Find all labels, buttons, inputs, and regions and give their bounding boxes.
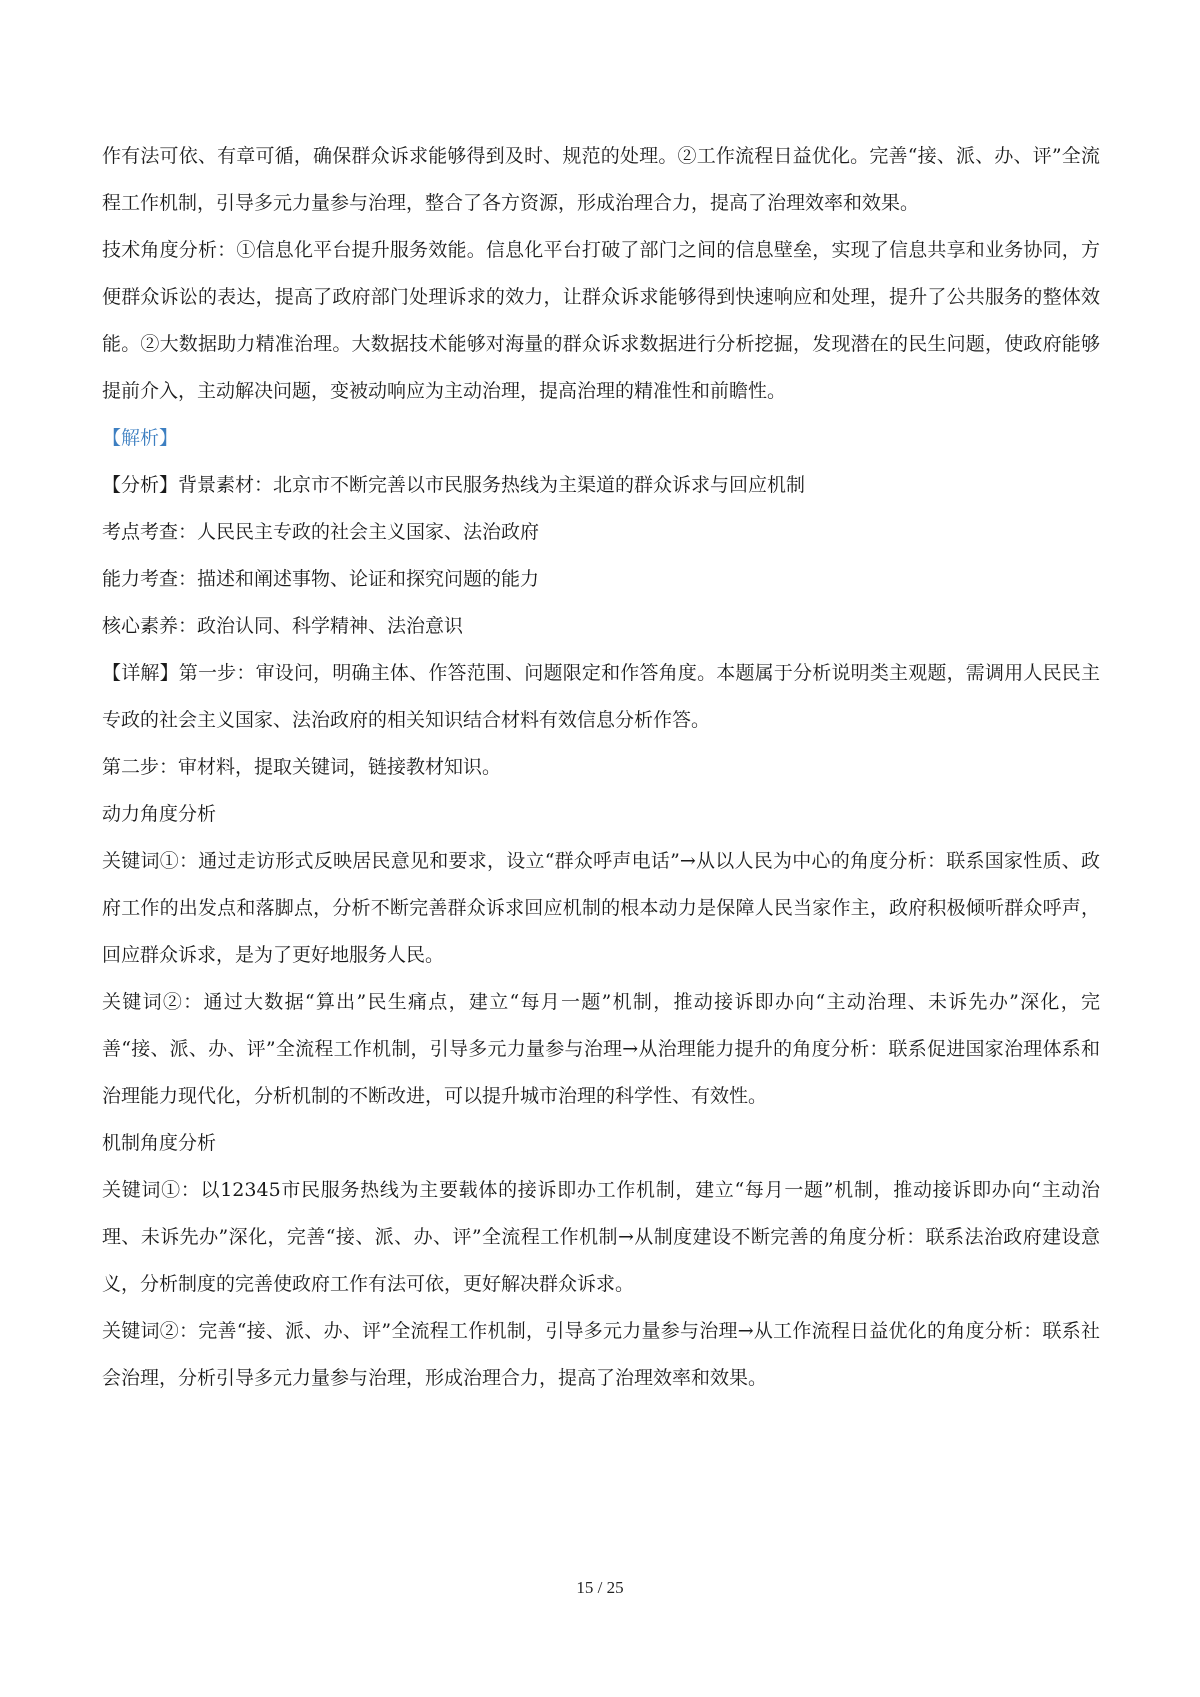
page-number: 15 / 25	[0, 1578, 1200, 1598]
paragraph-mechanism-cont: 作有法可依、有章可循，确保群众诉求能够得到及时、规范的处理。②工作流程日益优化。…	[102, 133, 1100, 227]
heading-mechanism: 机制角度分析	[102, 1120, 1100, 1167]
heading-motivation: 动力角度分析	[102, 791, 1100, 838]
document-body: 作有法可依、有章可循，确保群众诉求能够得到及时、规范的处理。②工作流程日益优化。…	[102, 133, 1100, 1402]
section-label-analysis: 【解析】	[102, 415, 1100, 462]
keyword-mechanism-1: 关键词①：以12345市民服务热线为主要载体的接诉即办工作机制，建立“每月一题”…	[102, 1167, 1100, 1308]
analysis-ability: 能力考查：描述和阐述事物、论证和探究问题的能力	[102, 556, 1100, 603]
analysis-background: 【分析】背景素材：北京市不断完善以市民服务热线为主渠道的群众诉求与回应机制	[102, 462, 1100, 509]
analysis-core-literacy: 核心素养：政治认同、科学精神、法治意识	[102, 603, 1100, 650]
paragraph-technology: 技术角度分析：①信息化平台提升服务效能。信息化平台打破了部门之间的信息壁垒，实现…	[102, 227, 1100, 415]
analysis-detail-step1: 【详解】第一步：审设问，明确主体、作答范围、问题限定和作答角度。本题属于分析说明…	[102, 650, 1100, 744]
keyword-motivation-1: 关键词①：通过走访形式反映居民意见和要求，设立“群众呼声电话”→从以人民为中心的…	[102, 838, 1100, 979]
analysis-step2: 第二步：审材料，提取关键词，链接教材知识。	[102, 744, 1100, 791]
analysis-test-points: 考点考查：人民民主专政的社会主义国家、法治政府	[102, 509, 1100, 556]
keyword-motivation-2: 关键词②：通过大数据“算出”民生痛点，建立“每月一题”机制，推动接诉即办向“主动…	[102, 979, 1100, 1120]
keyword-mechanism-2: 关键词②：完善“接、派、办、评”全流程工作机制，引导多元力量参与治理→从工作流程…	[102, 1308, 1100, 1402]
